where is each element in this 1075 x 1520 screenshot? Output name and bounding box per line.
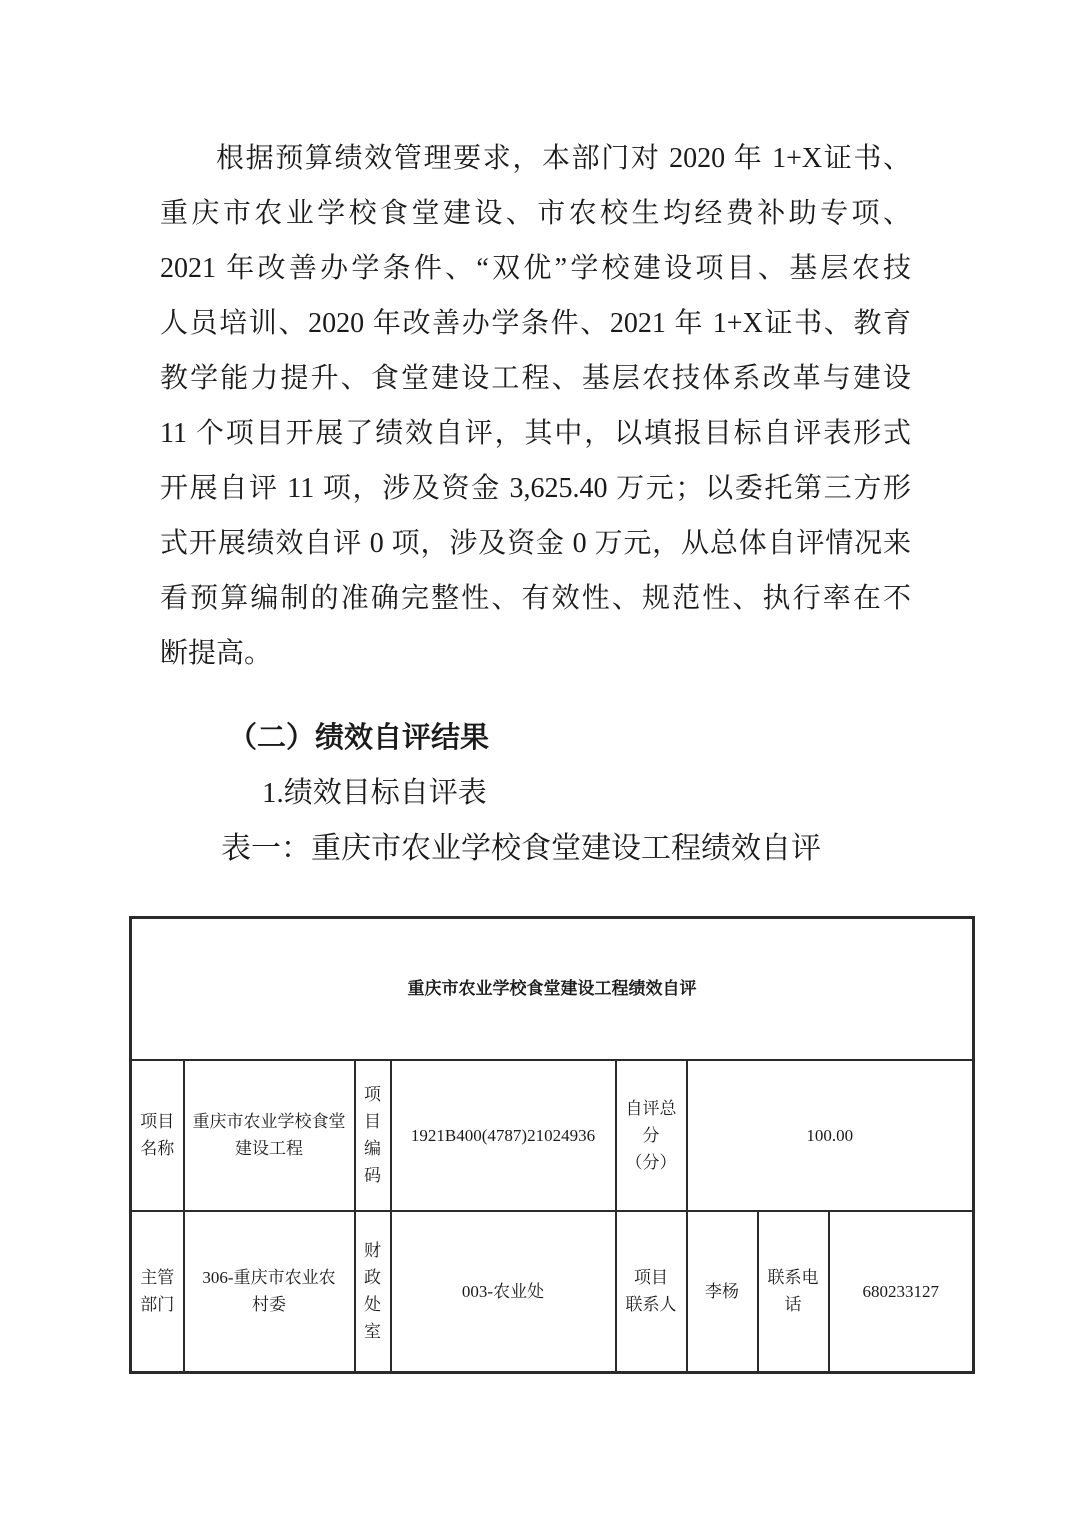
project-name-value: 重庆市农业学校食堂 建设工程: [184, 1060, 355, 1211]
paragraph-line: 根据预算绩效管理要求，本部门对 2020 年 1+X证书、: [160, 131, 911, 186]
finance-office-label: 财 政 处 室: [355, 1211, 391, 1373]
paragraph-line: 看预算编制的准确完整性、有效性、规范性、执行率在不: [160, 571, 911, 626]
section-heading: （二）绩效自评结果: [0, 711, 1075, 766]
paragraph-line: 11 个项目开展了绩效自评，其中，以填报目标自评表形式: [160, 406, 911, 461]
dept-value: 306-重庆市农业农 村委: [184, 1211, 355, 1373]
paragraph-line: 人员培训、2020 年改善办学条件、2021 年 1+X证书、教育: [160, 296, 911, 351]
phone-label: 联系电 话: [758, 1211, 829, 1373]
document-page: { "paragraph": { "lines": [ "根据预算绩效管理要求，…: [0, 0, 1075, 1520]
project-code-value: 1921B400(4787)21024936: [391, 1060, 616, 1211]
headings-block: （二）绩效自评结果 1.绩效目标自评表 表一：重庆市农业学校食堂建设工程绩效自评: [0, 711, 1075, 876]
dept-label: 主管 部门: [131, 1211, 184, 1373]
contact-label: 项目 联系人: [616, 1211, 687, 1373]
table-title-row: 重庆市农业学校食堂建设工程绩效自评: [131, 918, 974, 1060]
paragraph-line: 教学能力提升、食堂建设工程、基层农技体系改革与建设: [160, 351, 911, 406]
self-score-value: 100.00: [687, 1060, 974, 1211]
self-score-label: 自评总 分 （分）: [616, 1060, 687, 1211]
paragraph-line: 断提高。: [160, 626, 911, 681]
project-name-label: 项目 名称: [131, 1060, 184, 1211]
paragraph-line: 2021 年改善办学条件、“双优”学校建设项目、基层农技: [160, 241, 911, 296]
project-code-label: 项 目 编 码: [355, 1060, 391, 1211]
subsection-heading: 1.绩效目标自评表: [0, 766, 1075, 821]
performance-self-eval-table: 重庆市农业学校食堂建设工程绩效自评 项目 名称 重庆市农业学校食堂 建设工程 项…: [129, 916, 975, 1374]
table-caption: 表一：重庆市农业学校食堂建设工程绩效自评: [0, 821, 1075, 876]
paragraph-line: 开展自评 11 项，涉及资金 3,625.40 万元；以委托第三方形: [160, 461, 911, 516]
paragraph-line: 重庆市农业学校食堂建设、市农校生均经费补助专项、: [160, 186, 911, 241]
table-title: 重庆市农业学校食堂建设工程绩效自评: [131, 918, 974, 1060]
table-row-department: 主管 部门 306-重庆市农业农 村委 财 政 处 室 003-农业处 项目 联…: [131, 1211, 974, 1373]
contact-value: 李杨: [687, 1211, 758, 1373]
phone-value: 680233127: [829, 1211, 974, 1373]
finance-office-value: 003-农业处: [391, 1211, 616, 1373]
paragraph-line: 式开展绩效自评 0 项，涉及资金 0 万元，从总体自评情况来: [160, 516, 911, 571]
body-paragraph: 根据预算绩效管理要求，本部门对 2020 年 1+X证书、 重庆市农业学校食堂建…: [160, 131, 911, 681]
table-row-project: 项目 名称 重庆市农业学校食堂 建设工程 项 目 编 码 1921B400(47…: [131, 1060, 974, 1211]
